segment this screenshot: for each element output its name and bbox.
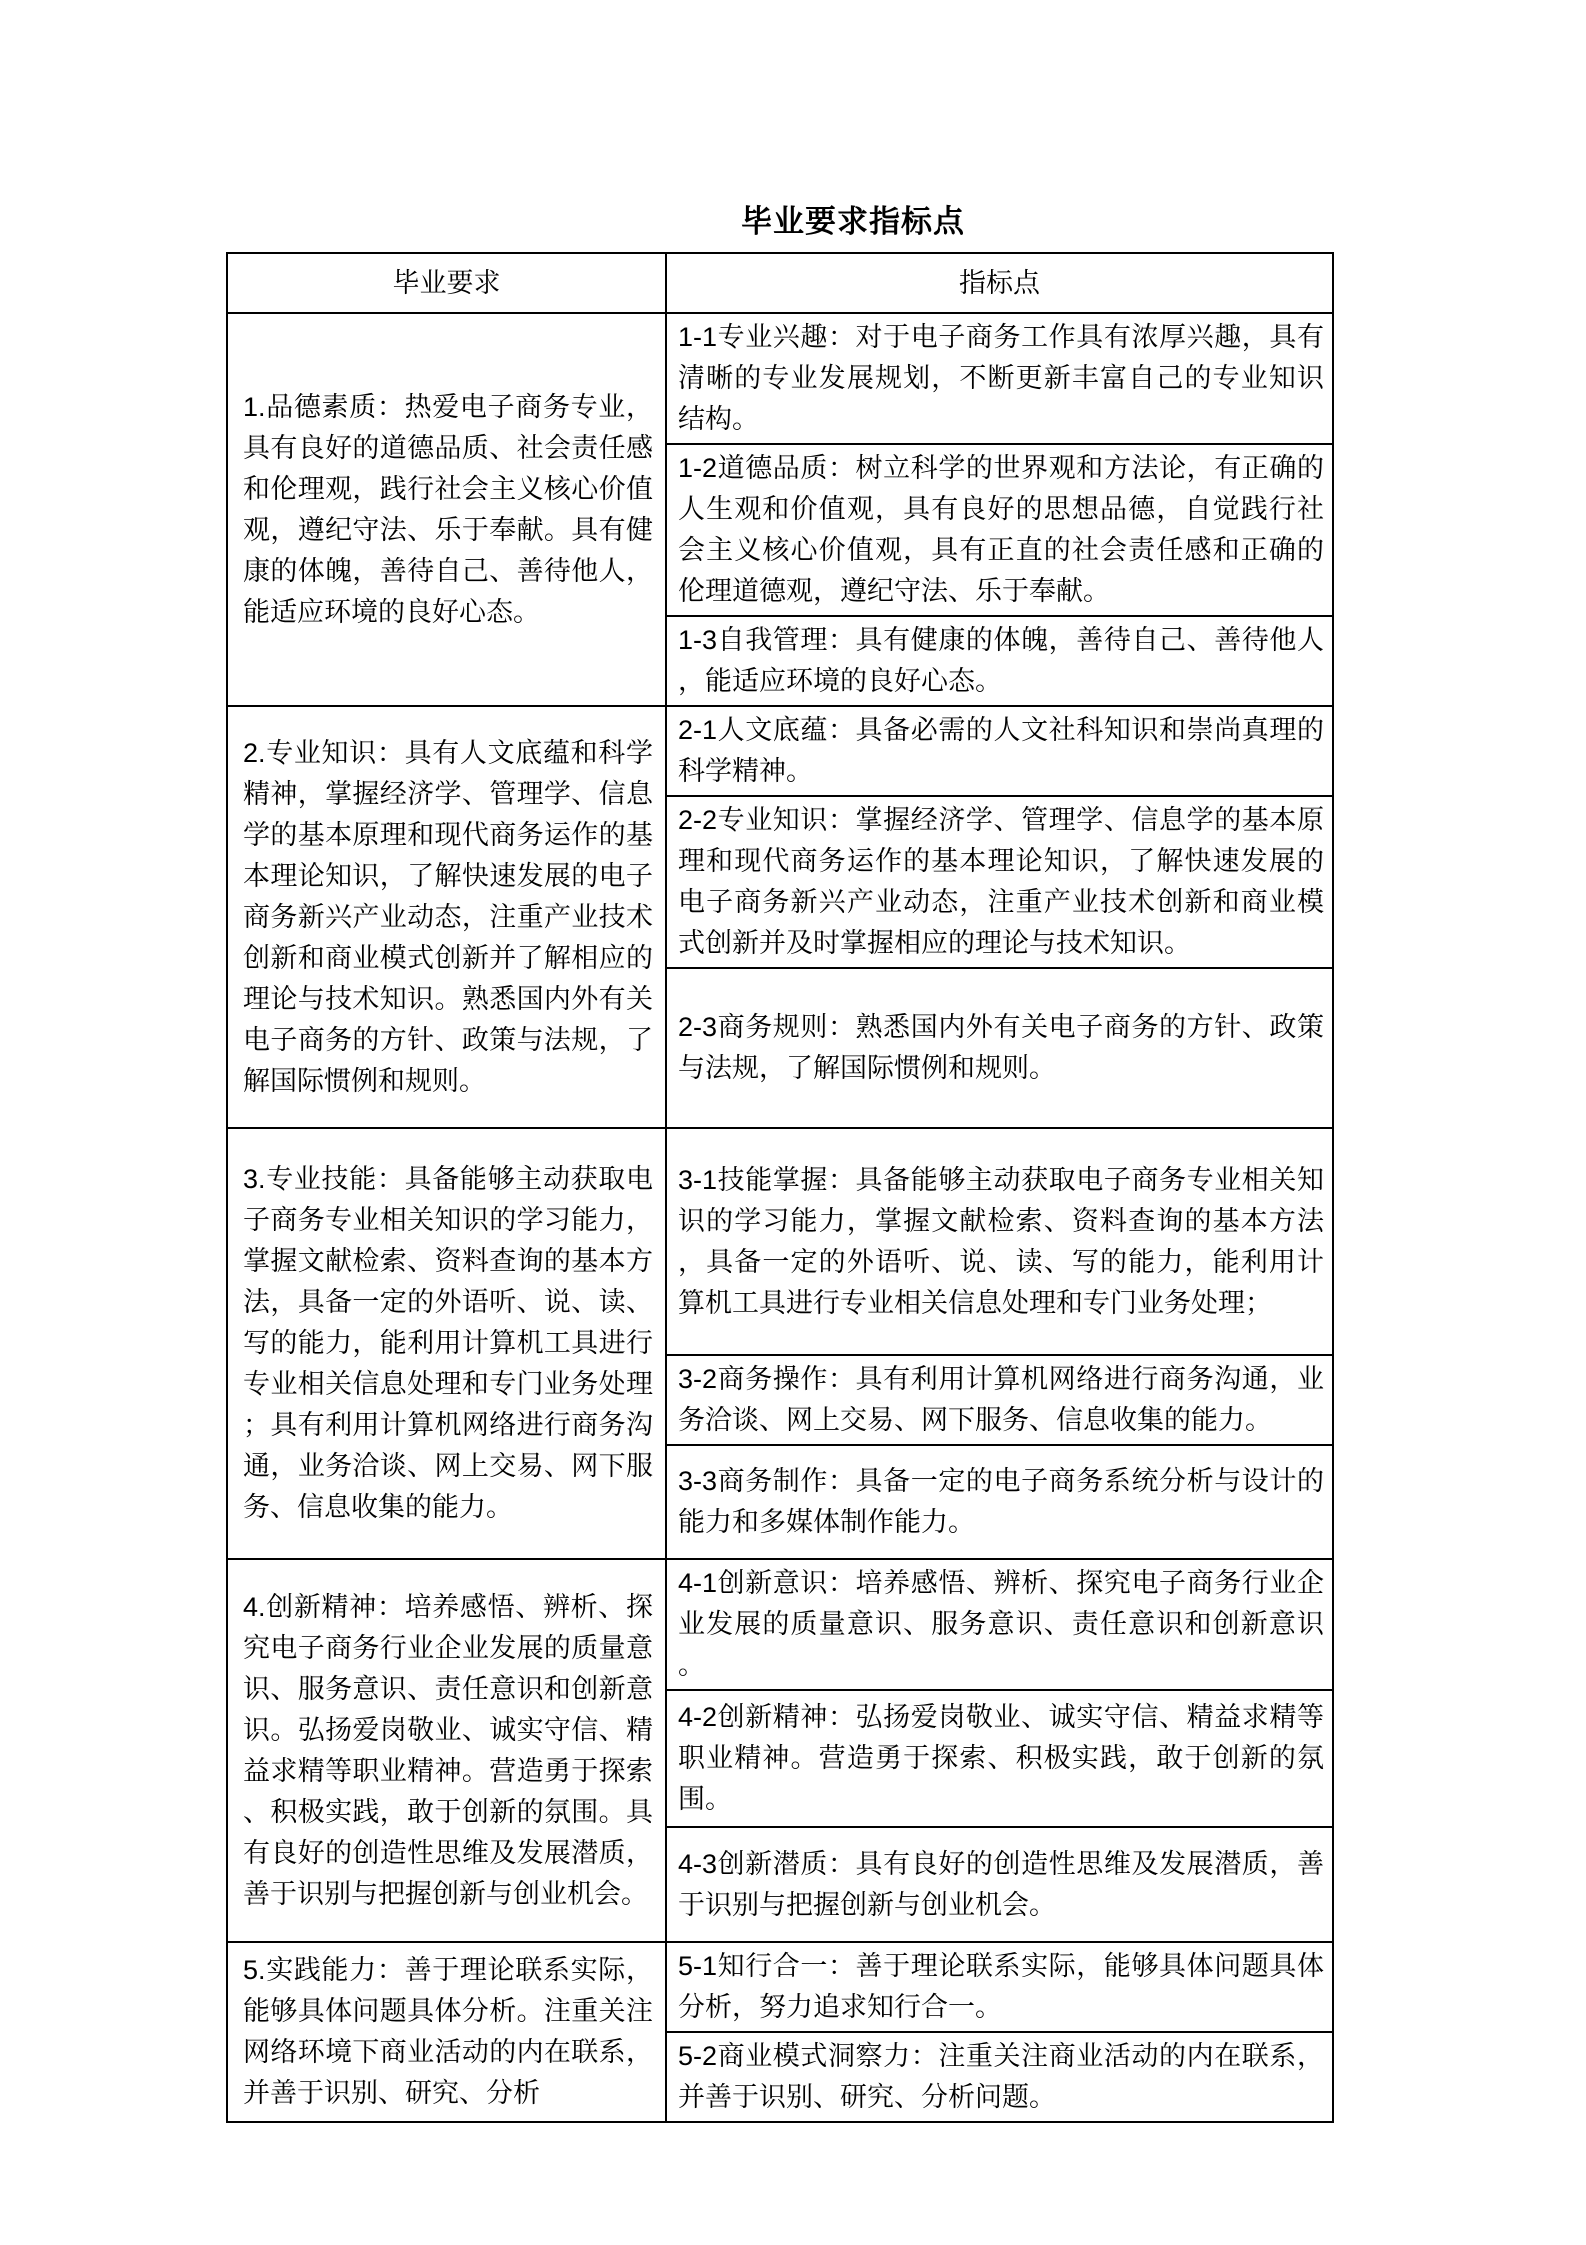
- column-header-indicator: 指标点: [666, 253, 1333, 313]
- page-title: 毕业要求指标点: [300, 196, 1406, 241]
- table-row: 2.专业知识：具有人文底蕴和科学精神，掌握经济学、管理学、信息学的基本原理和现代…: [227, 706, 1333, 796]
- requirement-cell-3: 3.专业技能：具备能够主动获取电子商务专业相关知识的学习能力，掌握文献检索、资料…: [227, 1128, 666, 1559]
- requirement-cell-2: 2.专业知识：具有人文底蕴和科学精神，掌握经济学、管理学、信息学的基本原理和现代…: [227, 706, 666, 1128]
- requirement-cell-1: 1.品德素质：热爱电子商务专业，具有良好的道德品质、社会责任感和伦理观，践行社会…: [227, 313, 666, 706]
- column-header-requirement: 毕业要求: [227, 253, 666, 313]
- indicator-cell-2-1: 2-1人文底蕴：具备必需的人文社科知识和崇尚真理的科学精神。: [666, 706, 1333, 796]
- indicator-cell-2-3: 2-3商务规则：熟悉国内外有关电子商务的方针、政策与法规，了解国际惯例和规则。: [666, 968, 1333, 1128]
- indicator-cell-1-3: 1-3自我管理：具有健康的体魄，善待自己、善待他人，能适应环境的良好心态。: [666, 616, 1333, 706]
- indicator-cell-5-1: 5-1知行合一：善于理论联系实际，能够具体问题具体分析，努力追求知行合一。: [666, 1942, 1333, 2032]
- document-page: 毕业要求指标点 毕业要求 指标点 1.品德素质：热爱电子商务专业，具有良好的道德…: [0, 0, 1586, 2245]
- indicator-cell-5-2: 5-2商业模式洞察力：注重关注商业活动的内在联系，并善于识别、研究、分析问题。: [666, 2032, 1333, 2122]
- requirement-cell-4: 4.创新精神：培养感悟、辨析、探究电子商务行业企业发展的质量意识、服务意识、责任…: [227, 1559, 666, 1942]
- requirement-cell-5: 5.实践能力：善于理论联系实际，能够具体问题具体分析。注重关注网络环境下商业活动…: [227, 1942, 666, 2122]
- indicator-cell-2-2: 2-2专业知识：掌握经济学、管理学、信息学的基本原理和现代商务运作的基本理论知识…: [666, 796, 1333, 968]
- indicator-cell-4-3: 4-3创新潜质：具有良好的创造性思维及发展潜质，善于识别与把握创新与创业机会。: [666, 1827, 1333, 1942]
- indicator-cell-1-1: 1-1专业兴趣：对于电子商务工作具有浓厚兴趣，具有清晰的专业发展规划，不断更新丰…: [666, 313, 1333, 444]
- table-row: 4.创新精神：培养感悟、辨析、探究电子商务行业企业发展的质量意识、服务意识、责任…: [227, 1559, 1333, 1690]
- table-row: 1.品德素质：热爱电子商务专业，具有良好的道德品质、社会责任感和伦理观，践行社会…: [227, 313, 1333, 444]
- indicator-cell-3-1: 3-1技能掌握：具备能够主动获取电子商务专业相关知识的学习能力，掌握文献检索、资…: [666, 1128, 1333, 1355]
- indicator-cell-4-1: 4-1创新意识：培养感悟、辨析、探究电子商务行业企业发展的质量意识、服务意识、责…: [666, 1559, 1333, 1690]
- indicator-cell-4-2: 4-2创新精神：弘扬爱岗敬业、诚实守信、精益求精等职业精神。营造勇于探索、积极实…: [666, 1690, 1333, 1827]
- table-header-row: 毕业要求 指标点: [227, 253, 1333, 313]
- graduation-requirements-table: 毕业要求 指标点 1.品德素质：热爱电子商务专业，具有良好的道德品质、社会责任感…: [226, 252, 1334, 2123]
- indicator-cell-3-2: 3-2商务操作：具有利用计算机网络进行商务沟通，业务洽谈、网上交易、网下服务、信…: [666, 1355, 1333, 1445]
- table-row: 5.实践能力：善于理论联系实际，能够具体问题具体分析。注重关注网络环境下商业活动…: [227, 1942, 1333, 2032]
- table-row: 3.专业技能：具备能够主动获取电子商务专业相关知识的学习能力，掌握文献检索、资料…: [227, 1128, 1333, 1355]
- indicator-cell-3-3: 3-3商务制作：具备一定的电子商务系统分析与设计的能力和多媒体制作能力。: [666, 1445, 1333, 1559]
- indicator-cell-1-2: 1-2道德品质：树立科学的世界观和方法论，有正确的人生观和价值观，具有良好的思想…: [666, 444, 1333, 616]
